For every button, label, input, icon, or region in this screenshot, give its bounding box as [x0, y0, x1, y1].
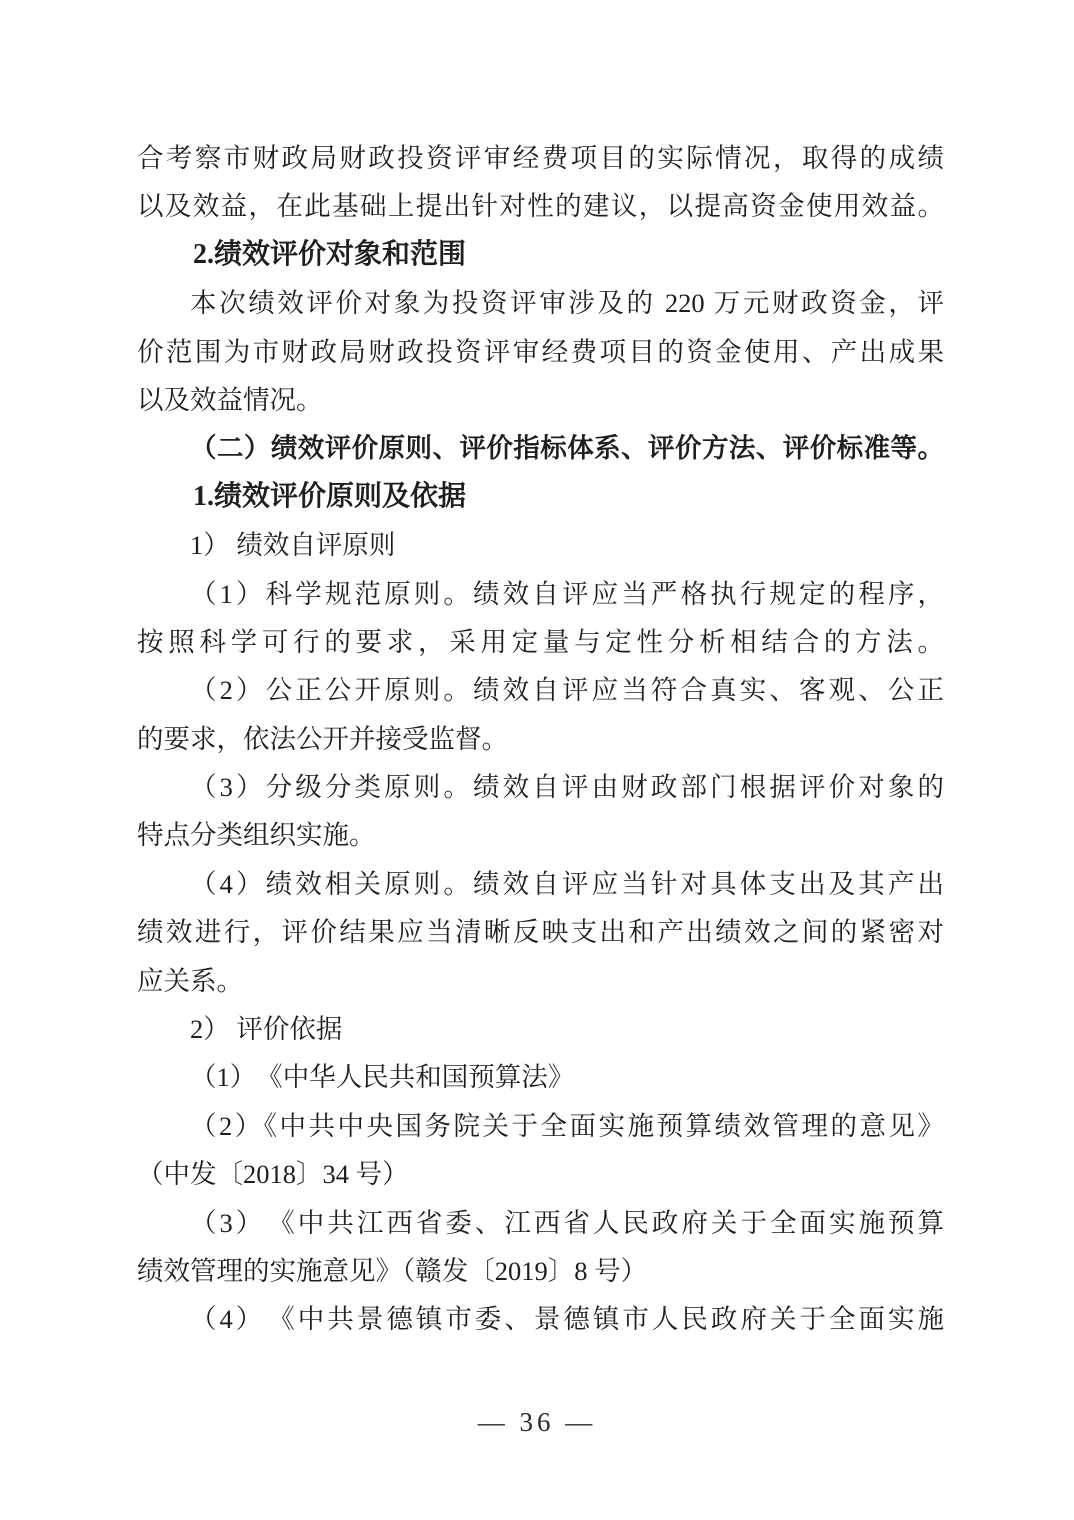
text-line: （1）科学规范原则。绩效自评应当严格执行规定的程序，	[137, 570, 944, 618]
text-line: （4）绩效相关原则。绩效自评应当针对具体支出及其产出	[137, 860, 944, 908]
text-line: 应关系。	[137, 957, 944, 1005]
text-line: 绩效进行，评价结果应当清晰反映支出和产出绩效之间的紧密对	[137, 908, 944, 956]
text-line: 绩效管理的实施意见》（赣发〔2019〕8 号）	[137, 1247, 944, 1295]
text-line: （3） 《中共江西省委、江西省人民政府关于全面实施预算	[137, 1199, 944, 1247]
document-page: 合考察市财政局财政投资评审经费项目的实际情况，取得的成绩 以及效益，在此基础上提…	[0, 0, 1074, 1520]
heading-principles-indicators: （二）绩效评价原则、评价指标体系、评价方法、评价标准等。	[137, 424, 944, 472]
text-line: 合考察市财政局财政投资评审经费项目的实际情况，取得的成绩	[137, 134, 944, 182]
text-line: 价范围为市财政局财政投资评审经费项目的资金使用、产出成果	[137, 328, 944, 376]
text-line: 按照科学可行的要求，采用定量与定性分析相结合的方法。	[137, 618, 944, 666]
text-line: （3）分级分类原则。绩效自评由财政部门根据评价对象的	[137, 763, 944, 811]
text-line: （中发〔2018〕34 号）	[137, 1150, 944, 1198]
text-line: （1） 《中华人民共和国预算法》	[137, 1053, 944, 1101]
subheading-self-evaluation-principles: 1） 绩效自评原则	[137, 521, 944, 569]
text-line: 特点分类组织实施。	[137, 811, 944, 859]
text-line: 的要求，依法公开并接受监督。	[137, 715, 944, 763]
text-line: （2）《中共中央国务院关于全面实施预算绩效管理的意见》	[137, 1102, 944, 1150]
text-line: 本次绩效评价对象为投资评审涉及的 220 万元财政资金，评	[137, 279, 944, 327]
text-line: （2）公正公开原则。绩效自评应当符合真实、客观、公正	[137, 666, 944, 714]
document-body: 合考察市财政局财政投资评审经费项目的实际情况，取得的成绩 以及效益，在此基础上提…	[137, 134, 944, 1344]
page-number: — 36 —	[0, 1402, 1074, 1442]
subheading-evaluation-basis: 2） 评价依据	[137, 1005, 944, 1053]
text-line: （4） 《中共景德镇市委、景德镇市人民政府关于全面实施	[137, 1295, 944, 1343]
text-line: 以及效益，在此基础上提出针对性的建议，以提高资金使用效益。	[137, 182, 944, 230]
heading-principles-basis: 1.绩效评价原则及依据	[137, 473, 944, 521]
heading-evaluation-target-scope: 2.绩效评价对象和范围	[137, 231, 944, 279]
text-line: 以及效益情况。	[137, 376, 944, 424]
